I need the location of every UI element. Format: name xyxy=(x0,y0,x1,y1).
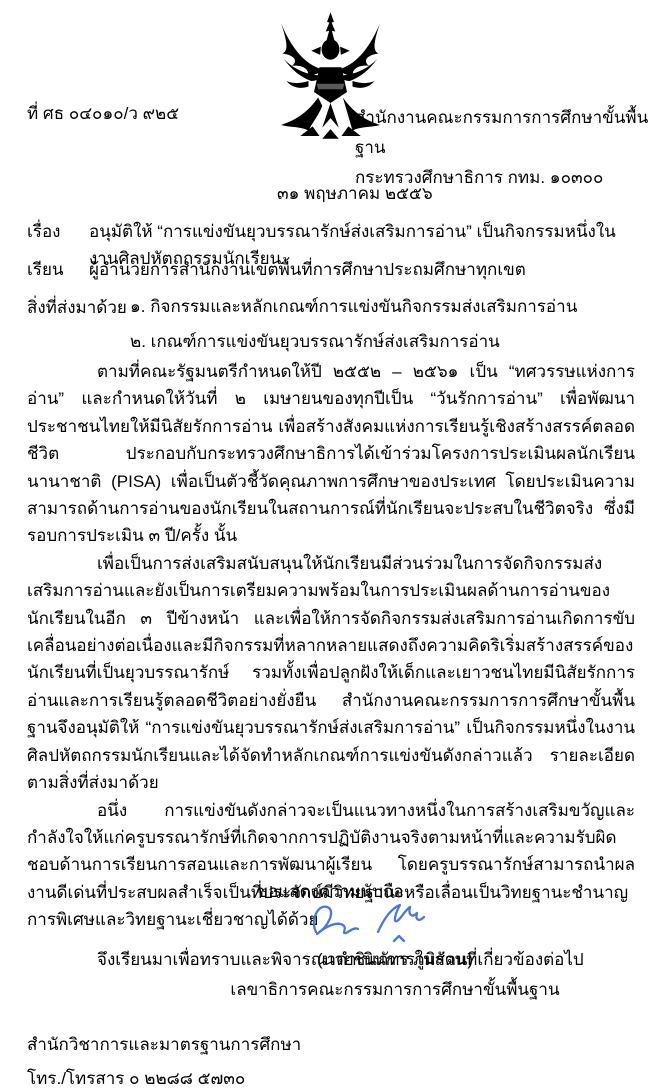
attachment-item: ๒. เกณฑ์การแข่งขันยุวบรรณารักษ์ส่งเสริมก… xyxy=(130,329,577,355)
addressee-text: ผู้อำนวยการสำนักงานเขตพื้นที่การศึกษาประ… xyxy=(89,256,526,283)
letter-date: ๓๑ พฤษภาคม ๒๕๕๖ xyxy=(277,180,433,207)
sender-agency: สำนักงานคณะกรรมการการศึกษาขั้นพื้นฐาน xyxy=(355,103,660,163)
footer-phone: โทร./โทรสาร ๐ ๒๒๘๘ ๕๗๓๐ xyxy=(27,1062,301,1091)
attachments-label: สิ่งที่ส่งมาด้วย xyxy=(27,294,130,364)
signer-name: (นายชินภัทร ภูมิรัตน) xyxy=(230,946,560,973)
body-paragraph-1: ตามที่คณะรัฐมนตรีกำหนดให้ปี ๒๕๕๒ – ๒๕๖๑ … xyxy=(27,358,635,550)
addressee-label: เรียน xyxy=(27,256,89,283)
official-letter-page: ที่ ศธ ๐๔๐๑๐/ว ๙๒๕ สำนักงานคณะกรรมการการ… xyxy=(0,0,660,1091)
attachments-list: ๑. กิจกรรมและหลักเกณฑ์การแข่งขันกิจกรรมส… xyxy=(130,294,577,364)
attachment-item: ๑. กิจกรรมและหลักเกณฑ์การแข่งขันกิจกรรมส… xyxy=(130,294,577,320)
footer-department: สำนักวิชาการและมาตรฐานการศึกษา xyxy=(27,1028,301,1062)
reference-number: ที่ ศธ ๐๔๐๑๐/ว ๙๒๕ xyxy=(27,100,179,127)
signature-ink xyxy=(300,896,440,948)
body-paragraph-2: เพื่อเป็นการส่งเสริมสนับสนุนให้นักเรียนม… xyxy=(27,550,635,797)
attachments-block: สิ่งที่ส่งมาด้วย ๑. กิจกรรมและหลักเกณฑ์ก… xyxy=(27,294,637,364)
footer-contact: สำนักวิชาการและมาตรฐานการศึกษา โทร./โทรส… xyxy=(27,1028,301,1091)
signer-title: เลขาธิการคณะกรรมการการศึกษาขั้นพื้นฐาน xyxy=(210,976,580,1003)
addressee-row: เรียน ผู้อำนวยการสำนักงานเขตพื้นที่การศึ… xyxy=(27,256,637,283)
